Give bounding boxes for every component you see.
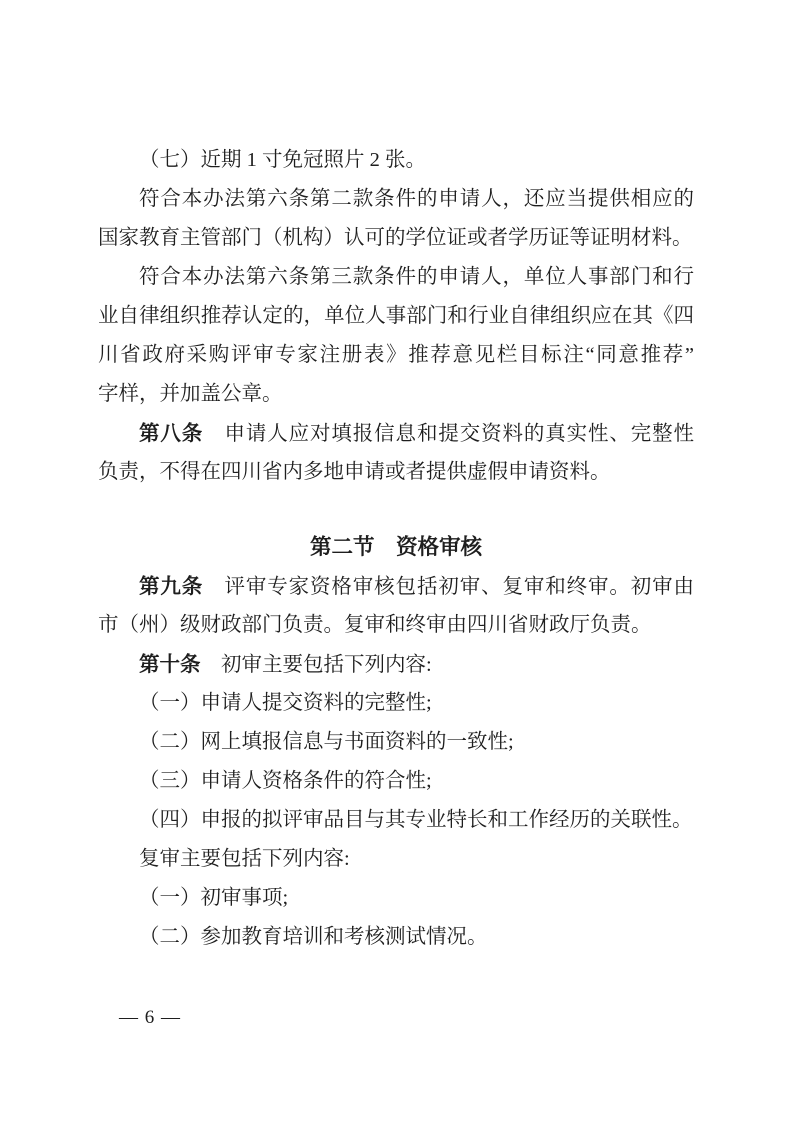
- text-line: （四）申报的拟评审品目与其专业特长和工作经历的关联性。: [98, 801, 694, 840]
- line-text: 评审专家资格审核包括初审、复审和终审。初审由: [203, 576, 694, 598]
- text-line: 第九条 评审专家资格审核包括初审、复审和终审。初审由: [98, 567, 694, 606]
- text-line: 川省政府采购评审专家注册表》推荐意见栏目标注“同意推荐”: [98, 336, 694, 375]
- text-line: 市（州）级财政部门负责。复审和终审由四川省财政厅负责。: [98, 606, 694, 645]
- text-line: 复审主要包括下列内容:: [98, 840, 694, 879]
- text-line: （一）申请人提交资料的完整性;: [98, 684, 694, 723]
- text-line: （七）近期 1 寸免冠照片 2 张。: [98, 141, 694, 180]
- text-line: （二）网上填报信息与书面资料的一致性;: [98, 723, 694, 762]
- line-text: 申请人应对填报信息和提交资料的真实性、完整性: [203, 423, 694, 445]
- article-number: 第八条: [139, 422, 203, 445]
- text-line: 第十条 初审主要包括下列内容:: [98, 645, 694, 684]
- text-line: （二）参加教育培训和考核测试情况。: [98, 918, 694, 957]
- document-page: （七）近期 1 寸免冠照片 2 张。 符合本办法第六条第二款条件的申请人，还应当…: [0, 0, 794, 1123]
- section-gap: [98, 492, 694, 528]
- text-line: 字样，并加盖公章。: [98, 375, 694, 414]
- text-line: （一）初审事项;: [98, 879, 694, 918]
- text-line: 符合本办法第六条第二款条件的申请人，还应当提供相应的: [98, 180, 694, 219]
- article-number: 第九条: [139, 575, 203, 598]
- article-number: 第十条: [139, 653, 201, 676]
- document-body: （七）近期 1 寸免冠照片 2 张。 符合本办法第六条第二款条件的申请人，还应当…: [98, 141, 694, 957]
- text-line: 业自律组织推荐认定的，单位人事部门和行业自律组织应在其《四: [98, 297, 694, 336]
- page-number: — 6 —: [119, 1004, 181, 1032]
- text-line: 符合本办法第六条第三款条件的申请人，单位人事部门和行: [98, 258, 694, 297]
- text-line: 第八条 申请人应对填报信息和提交资料的真实性、完整性: [98, 414, 694, 453]
- section-heading: 第二节 资格审核: [98, 528, 694, 567]
- text-line: （三）申请人资格条件的符合性;: [98, 762, 694, 801]
- line-text: 初审主要包括下列内容:: [201, 654, 432, 676]
- text-line: 国家教育主管部门（机构）认可的学位证或者学历证等证明材料。: [98, 219, 694, 258]
- text-line: 负责，不得在四川省内多地申请或者提供虚假申请资料。: [98, 453, 694, 492]
